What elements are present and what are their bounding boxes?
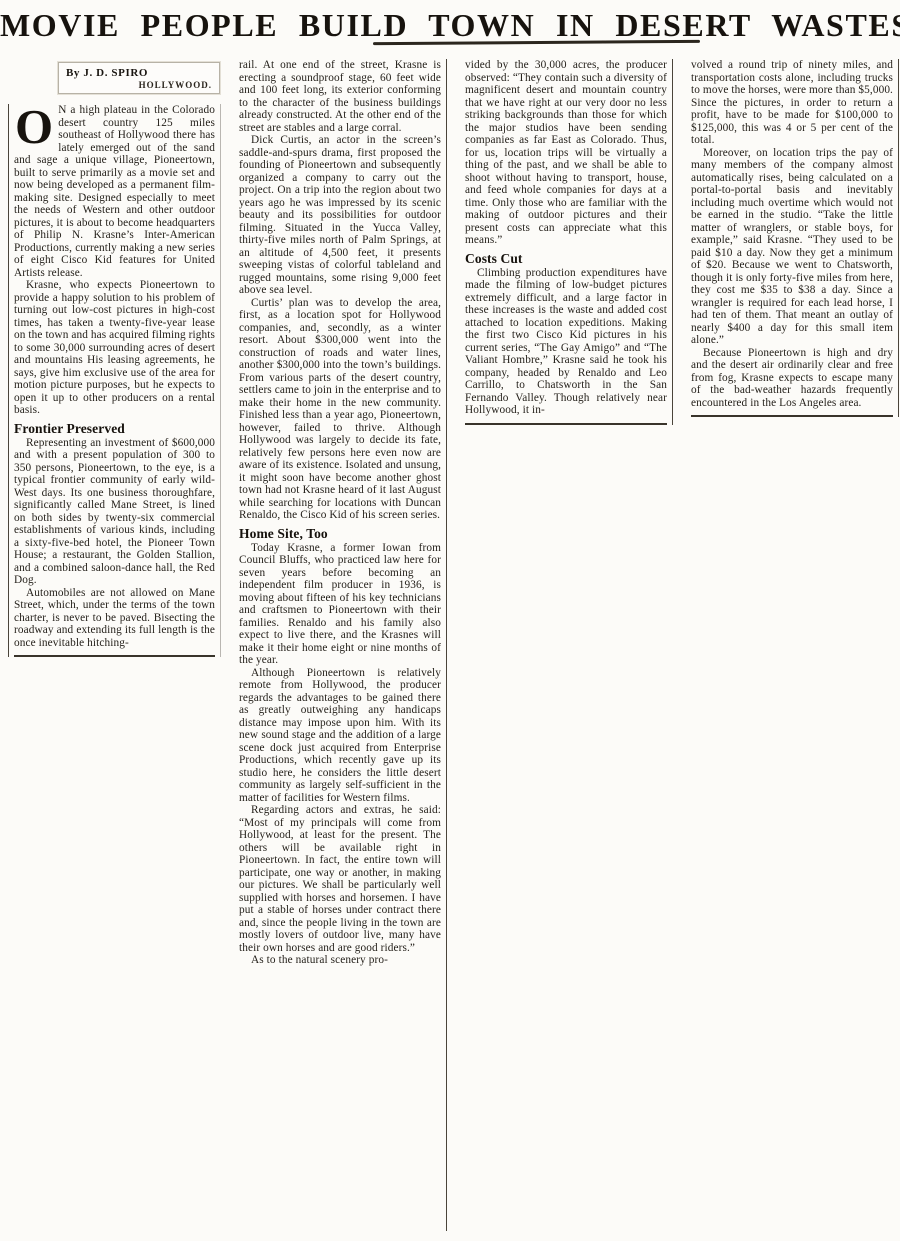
newspaper-clipping: MOVIE PEOPLE BUILD TOWN IN DESERT WASTES… [0,0,900,1241]
article-paragraph: Moreover, on location trips the pay of m… [691,147,893,347]
section-subhead: Home Site, Too [239,526,441,541]
column-3-content: vided by the 30,000 acres, the producer … [460,59,673,425]
byline-box: By J. D. SPIRO HOLLYWOOD. [58,62,220,94]
article-paragraph: As to the natural scenery pro- [239,954,441,967]
column-4: volved a round trip of ninety miles, and… [686,59,899,417]
article-paragraph: Although Pioneertown is relatively remot… [239,667,441,805]
drop-cap: O [14,104,58,148]
section-subhead: Frontier Preserved [14,421,215,436]
article-paragraph: Curtis’ plan was to develop the area, fi… [239,297,441,522]
dateline: HOLLYWOOD. [66,80,212,90]
article-paragraph: Krasne, who expects Pioneertown to provi… [14,279,215,417]
article-paragraph: Today Krasne, a former Iowan from Counci… [239,542,441,667]
headline-block: MOVIE PEOPLE BUILD TOWN IN DESERT WASTES… [0,0,900,55]
article-paragraph: ON a high plateau in the Colorado desert… [14,104,215,279]
article-columns: By J. D. SPIRO HOLLYWOOD. ON a high plat… [0,55,900,1231]
article-paragraph: rail. At one end of the street, Krasne i… [239,59,441,134]
column-end-rule [14,655,215,657]
column-1-content: ON a high plateau in the Colorado desert… [8,104,221,657]
column-3: vided by the 30,000 acres, the producer … [460,59,673,425]
article-paragraph: volved a round trip of ninety miles, and… [691,59,893,147]
article-paragraph: Representing an investment of $600,000 a… [14,437,215,587]
article-paragraph: Automobiles are not allowed on Mane Stre… [14,587,215,650]
article-paragraph: Because Pioneertown is high and dry and … [691,347,893,410]
column-4-content: volved a round trip of ninety miles, and… [686,59,899,417]
column-end-rule [465,423,667,425]
article-paragraph: vided by the 30,000 acres, the producer … [465,59,667,247]
column-2: rail. At one end of the street, Krasne i… [234,59,447,1231]
column-2-content: rail. At one end of the street, Krasne i… [234,59,447,1231]
section-subhead: Costs Cut [465,251,667,266]
headline-text: MOVIE PEOPLE BUILD TOWN IN DESERT WASTES [0,7,900,43]
article-paragraph: Dick Curtis, an actor in the screen’s sa… [239,134,441,297]
article-paragraph: Climbing production expenditures have ma… [465,267,667,417]
column-1: By J. D. SPIRO HOLLYWOOD. ON a high plat… [8,59,221,657]
article-paragraph: Regarding actors and extras, he said: “M… [239,804,441,954]
byline: By J. D. SPIRO [66,67,212,79]
column-end-rule [691,415,893,417]
